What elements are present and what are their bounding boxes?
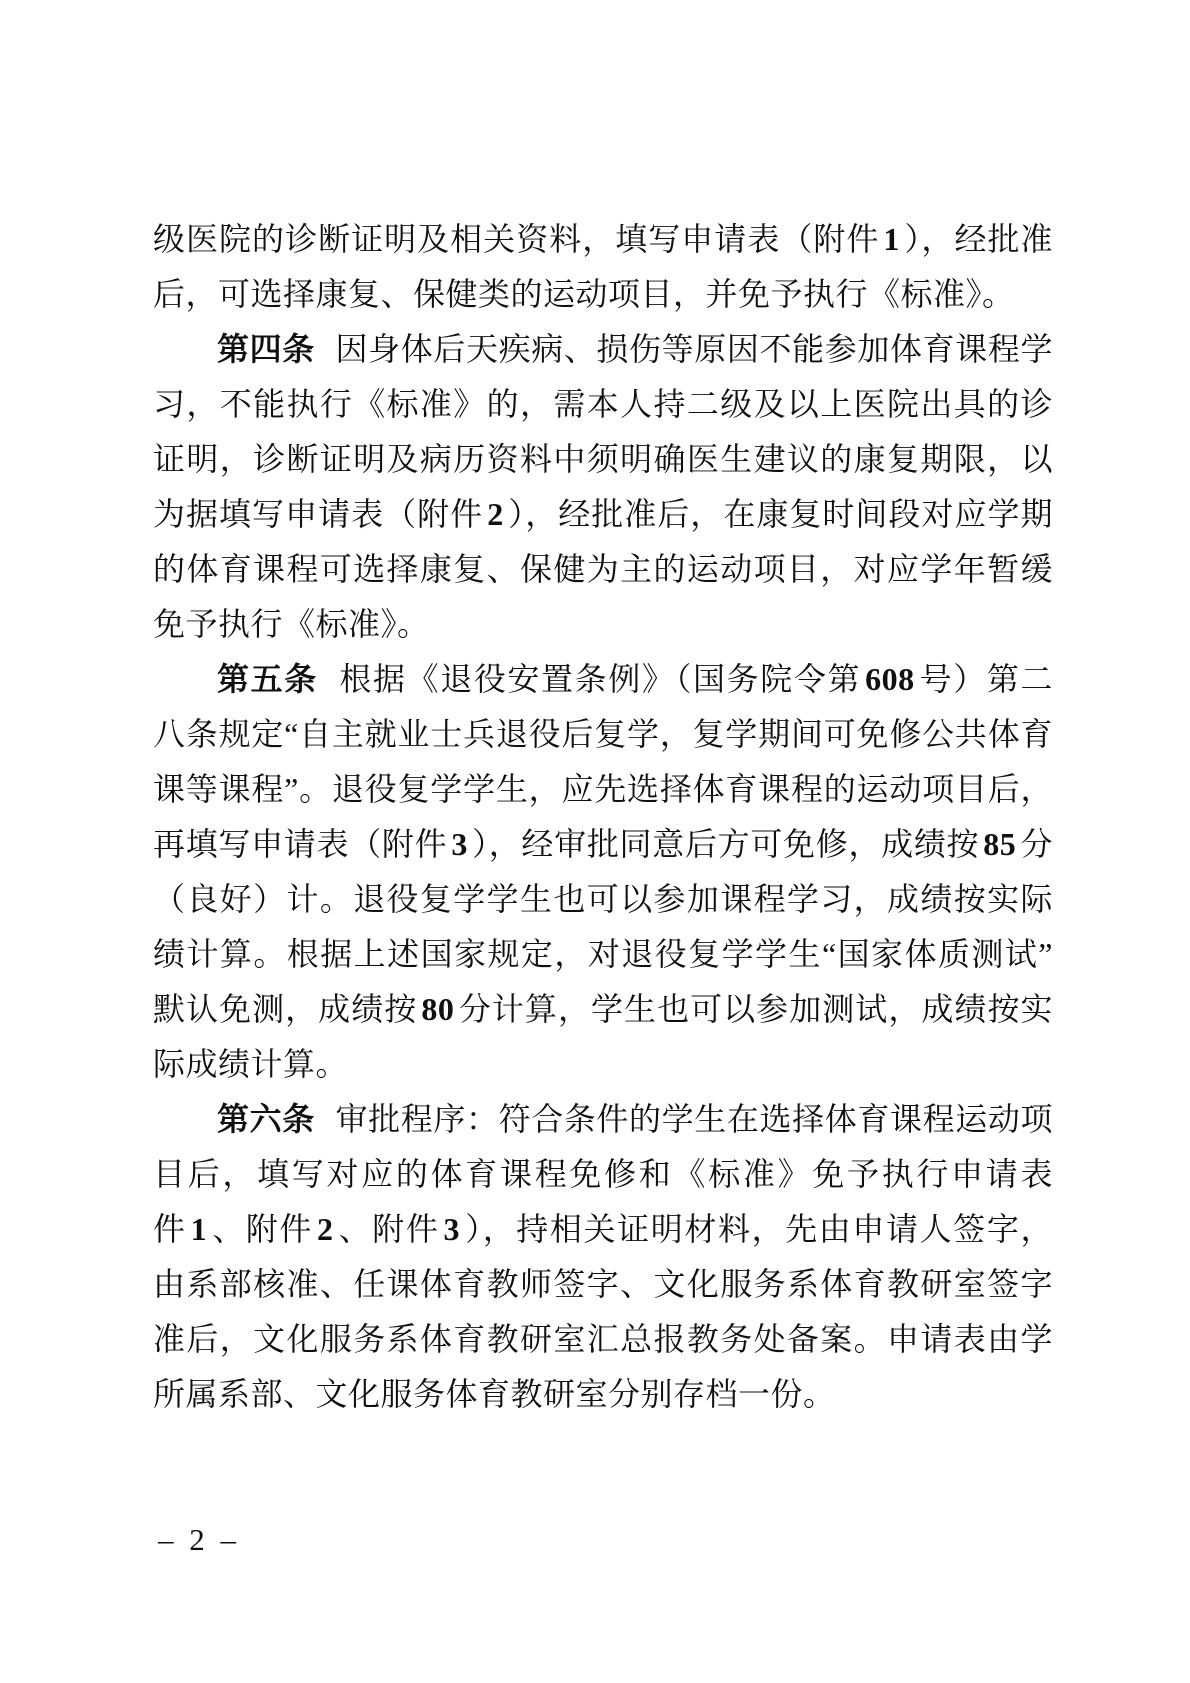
text-segment: 为据填写申请表（附件 (153, 496, 483, 532)
text-segment: 准后，文化服务系体育教研室汇总报教务处备案。申请表由学生 (153, 1321, 1053, 1367)
text-line: 件1、附件2、附件3），持相关证明材料，先由申请人签字，再 (153, 1202, 1053, 1257)
text-line: 第四条 因身体后天疾病、损伤等原因不能参加体育课程学 (153, 322, 1053, 377)
text-line: 准后，文化服务系体育教研室汇总报教务处备案。申请表由学生 (153, 1312, 1053, 1367)
text-segment: 80 (421, 991, 454, 1027)
text-segment: 八条规定“自主就业士兵退役后复学，复学期间可免修公共体育 (153, 716, 1053, 752)
page-number: – 2 – (158, 1522, 240, 1558)
text-line: 习，不能执行《标准》的，需本人持二级及以上医院出具的诊断 (153, 377, 1053, 432)
text-line: 目后，填写对应的体育课程免修和《标准》免予执行申请表（附 (153, 1147, 1053, 1202)
text-segment: 默认免测，成绩按 (153, 991, 417, 1027)
text-segment: 目后，填写对应的体育课程免修和《标准》免予执行申请表（附 (153, 1156, 1053, 1202)
text-segment: 1 (191, 1211, 208, 1247)
text-line: 证明，诊断证明及病历资料中须明确医生建议的康复期限，以此 (153, 432, 1053, 487)
text-segment: 级医院的诊断证明及相关资料，填写申请表（附件 (153, 221, 879, 257)
text-segment: 再填写申请表（附件 (153, 826, 447, 862)
text-line: 绩计算。根据上述国家规定，对退役复学学生“国家体质测试” (153, 927, 1053, 982)
text-segment: 课等课程”。退役复学学生，应先选择体育课程的运动项目后， (153, 771, 1053, 807)
text-line: 所属系部、文化服务体育教研室分别存档一份。 (153, 1367, 1053, 1422)
text-segment: 分计算，学生也可以参加测试，成绩按实 (458, 991, 1053, 1027)
text-segment: 3 (443, 1211, 460, 1247)
text-segment: 的体育课程可选择康复、保健为主的运动项目，对应学年暂缓或 (153, 551, 1053, 597)
text-segment: ），经批准后，在康复时间段对应学期 (508, 496, 1053, 532)
text-segment: 608 (865, 661, 915, 697)
text-segment: 1 (883, 221, 900, 257)
text-segment: 因身体后天疾病、损伤等原因不能参加体育课程学 (327, 331, 1053, 367)
text-line: 第五条 根据《退役安置条例》（国务院令第608号）第二十 (153, 652, 1053, 707)
text-segment: 绩计算。根据上述国家规定，对退役复学学生“国家体质测试” (153, 936, 1053, 972)
text-segment: 2 (487, 496, 504, 532)
article-heading: 第四条 (217, 331, 315, 367)
text-line: 由系部核准、任课体育教师签字、文化服务系体育教研室签字核 (153, 1257, 1053, 1312)
text-segment: 习，不能执行《标准》的，需本人持二级及以上医院出具的诊断 (153, 386, 1053, 432)
text-segment: 3 (451, 826, 468, 862)
text-segment: （良好）计。退役复学学生也可以参加课程学习，成绩按实际成 (153, 881, 1053, 927)
text-segment: 、附件 (338, 1211, 440, 1247)
text-segment: 分 (1020, 826, 1053, 862)
text-segment: 证明，诊断证明及病历资料中须明确医生建议的康复期限，以此 (153, 441, 1053, 487)
article-heading: 第五条 (217, 661, 318, 697)
text-line: 的体育课程可选择康复、保健为主的运动项目，对应学年暂缓或 (153, 542, 1053, 597)
text-segment: 由系部核准、任课体育教师签字、文化服务系体育教研室签字核 (153, 1266, 1053, 1312)
text-line: 八条规定“自主就业士兵退役后复学，复学期间可免修公共体育 (153, 707, 1053, 762)
text-line: （良好）计。退役复学学生也可以参加课程学习，成绩按实际成 (153, 872, 1053, 927)
text-line: 再填写申请表（附件3），经审批同意后方可免修，成绩按85分 (153, 817, 1053, 872)
document-page: 级医院的诊断证明及相关资料，填写申请表（附件1），经批准后，可选择康复、保健类的… (0, 0, 1190, 1683)
text-segment: 件 (153, 1211, 187, 1247)
text-segment: 际成绩计算。 (153, 1046, 348, 1082)
text-line: 第六条 审批程序：符合条件的学生在选择体育课程运动项 (153, 1092, 1053, 1147)
text-segment: 、附件 (211, 1211, 313, 1247)
text-segment: 审批程序：符合条件的学生在选择体育课程运动项 (327, 1101, 1053, 1137)
text-segment: ），经审批同意后方可免修，成绩按 (472, 826, 979, 862)
text-segment: 2 (317, 1211, 334, 1247)
text-line: 际成绩计算。 (153, 1037, 1053, 1092)
text-line: 免予执行《标准》。 (153, 597, 1053, 652)
text-line: 课等课程”。退役复学学生，应先选择体育课程的运动项目后， (153, 762, 1053, 817)
text-line: 后，可选择康复、保健类的运动项目，并免予执行《标准》。 (153, 267, 1053, 322)
text-segment: 后，可选择康复、保健类的运动项目，并免予执行《标准》。 (153, 276, 1015, 312)
document-body: 级医院的诊断证明及相关资料，填写申请表（附件1），经批准后，可选择康复、保健类的… (153, 212, 1053, 1422)
text-line: 级医院的诊断证明及相关资料，填写申请表（附件1），经批准 (153, 212, 1053, 267)
text-line: 为据填写申请表（附件2），经批准后，在康复时间段对应学期 (153, 487, 1053, 542)
text-segment: 所属系部、文化服务体育教研室分别存档一份。 (153, 1376, 836, 1412)
text-segment: 85 (983, 826, 1016, 862)
text-segment: 根据《退役安置条例》（国务院令第 (330, 661, 861, 697)
text-line: 默认免测，成绩按80分计算，学生也可以参加测试，成绩按实 (153, 982, 1053, 1037)
text-segment: ），经批准 (904, 221, 1053, 257)
article-heading: 第六条 (217, 1101, 315, 1137)
text-segment: 免予执行《标准》。 (153, 606, 430, 642)
